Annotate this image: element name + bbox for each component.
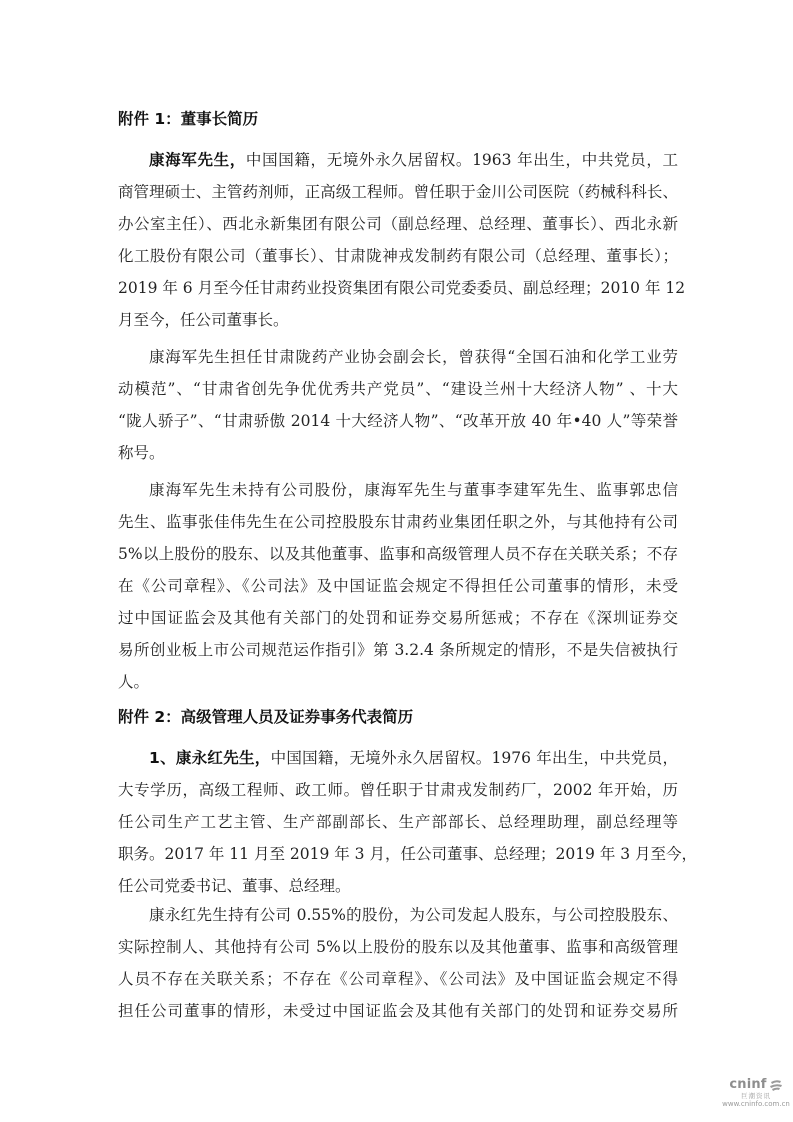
section-2-heading: 附件 2：高级管理人员及证券事务代表简历 <box>118 705 413 727</box>
paragraph-line: 康海军先生未持有公司股份，康海军先生与董事李建军先生、监事郭忠信 <box>149 478 678 500</box>
paragraph-line: 先生、监事张佳伟先生在公司控股股东甘肃药业集团任职之外，与其他持有公司 <box>118 510 678 532</box>
brand-chinese: 巨潮资讯 <box>722 1091 790 1100</box>
paragraph-line: 商管理硕士、主管药剂师，正高级工程师。曾任职于金川公司医院（药械科科长、 <box>118 180 678 202</box>
brand-text: cninf <box>729 1077 766 1092</box>
person-name: 康海军先生， <box>149 151 246 169</box>
paragraph-line: 2019 年 6 月至今任甘肃药业投资集团有限公司党委委员、副总经理；2010 … <box>118 276 678 298</box>
paragraph-line: 过中国证监会及其他有关部门的处罚和证券交易所惩戒；不存在《深圳证券交 <box>118 606 678 628</box>
paragraph-line: 办公室主任）、西北永新集团有限公司（副总经理、总经理、董事长）、西北永新 <box>118 212 678 234</box>
paragraph-line: 人。 <box>118 670 149 692</box>
paragraph-line: 实际控制人、其他持有公司 5%以上股份的股东以及其他董事、监事和高级管理 <box>118 935 678 957</box>
cninfo-logo-icon <box>769 1079 783 1091</box>
paragraph-line: 在《公司章程》、《公司法》及中国证监会规定不得担任公司董事的情形，未受 <box>118 574 678 596</box>
paragraph-line: 职务。2017 年 11 月至 2019 年 3 月，任公司董事、总经理；201… <box>118 842 678 864</box>
cninfo-watermark: cninf 巨潮资讯 www.cninfo.com.cn <box>722 1077 790 1108</box>
paragraph-line: 任公司生产工艺主管、生产部副部长、生产部部长、总经理助理，副总经理等 <box>118 810 678 832</box>
paragraph-line: 化工股份有限公司（董事长）、甘肃陇神戎发制药有限公司（总经理、董事长）； <box>118 244 678 266</box>
paragraph-line: 称号。 <box>118 441 165 463</box>
paragraph-line: 康海军先生，中国国籍，无境外永久居留权。1963 年出生，中共党员，工 <box>149 148 678 170</box>
paragraph-line: 1、康永红先生，中国国籍，无境外永久居留权。1976 年出生，中共党员， <box>149 746 678 768</box>
paragraph-line: 月至今，任公司董事长。 <box>118 308 289 330</box>
paragraph-line: 大专学历，高级工程师、政工师。曾任职于甘肃戎发制药厂，2002 年开始，历 <box>118 778 678 800</box>
paragraph-line: 动模范”、“甘肃省创先争优优秀共产党员”、“建设兰州十大经济人物” 、十大 <box>118 377 678 399</box>
paragraph-line: 康海军先生担任甘肃陇药产业协会副会长，曾获得“全国石油和化学工业劳 <box>149 345 678 367</box>
paragraph-line: “陇人骄子”、“甘肃骄傲 2014 十大经济人物”、“改革开放 40 年•40 … <box>118 409 678 431</box>
paragraph-line: 5%以上股份的股东、以及其他董事、监事和高级管理人员不存在关联关系；不存 <box>118 542 678 564</box>
brand-url: www.cninfo.com.cn <box>722 1100 790 1108</box>
paragraph-line: 康永红先生持有公司 0.55%的股份，为公司发起人股东，与公司控股股东、 <box>149 903 678 925</box>
paragraph-line: 易所创业板上市公司规范运作指引》第 3.2.4 条所规定的情形，不是失信被执行 <box>118 638 678 660</box>
paragraph-line: 人员不存在关联关系；不存在《公司章程》、《公司法》及中国证监会规定不得 <box>118 967 678 989</box>
section-1-heading: 附件 1：董事长简历 <box>118 107 258 129</box>
paragraph-line: 担任公司董事的情形，未受过中国证监会及其他有关部门的处罚和证券交易所 <box>118 999 678 1021</box>
paragraph-line: 任公司党委书记、董事、总经理。 <box>118 874 351 896</box>
person-name: 1、康永红先生， <box>149 749 271 767</box>
